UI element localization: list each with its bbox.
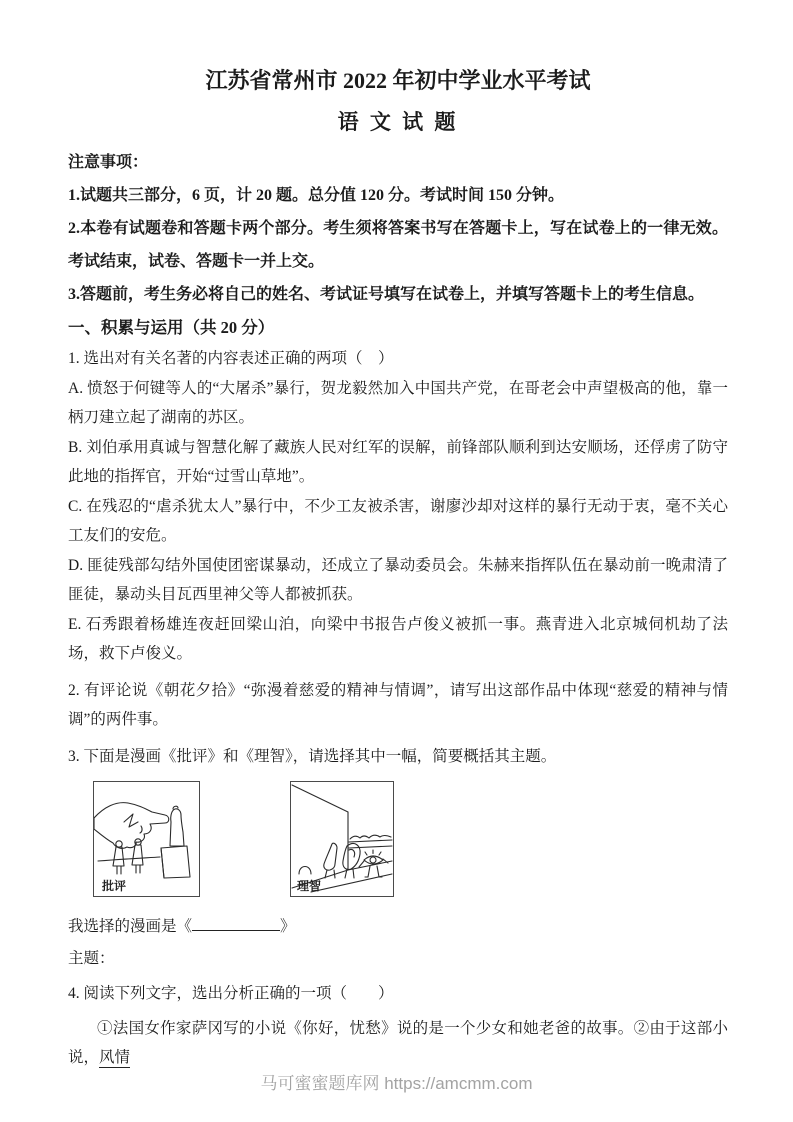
question-1-option-c: C. 在残忍的“虐杀犹太人”暴行中，不少工友被杀害，谢廖沙却对这样的暴行无动于衷… bbox=[68, 492, 728, 551]
comic-criticism-drawing: 批评 bbox=[94, 782, 199, 896]
page-content: 江苏省常州市 2022 年初中学业水平考试 语 文 试 题 注意事项： 1.试题… bbox=[0, 0, 793, 1073]
passage-underlined-term: 风情 bbox=[99, 1049, 130, 1068]
comic-choice-line: 我选择的漫画是《》 bbox=[68, 912, 728, 942]
question-1-option-b: B. 刘伯承用真诚与智慧化解了藏族人民对红军的误解，前锋部队顺利到达安顺场，还俘… bbox=[68, 433, 728, 492]
watermark-footer: 马可蜜蜜题库网 https://amcmm.com bbox=[0, 1069, 793, 1094]
notice-item-2: 2.本卷有试题卷和答题卡两个部分。考生须将答案书写在答题卡上，写在试卷上的一律无… bbox=[68, 212, 728, 278]
question-4-stem: 4. 阅读下列文字，选出分析正确的一项（ ） bbox=[68, 979, 728, 1009]
section-heading: 一、积累与运用（共 20 分） bbox=[68, 311, 728, 344]
comic-choice-blank bbox=[192, 915, 280, 931]
page-subtitle: 语 文 试 题 bbox=[68, 107, 728, 137]
topic-label: 主题： bbox=[68, 944, 728, 974]
comic-criticism-label: 批评 bbox=[102, 878, 126, 893]
question-1-stem: 1. 选出对有关名著的内容表述正确的两项（ ） bbox=[68, 344, 728, 374]
question-2-text: 2. 有评论说《朝花夕拾》“弥漫着慈爱的精神与情调”，请写出这部作品中体现“慈爱… bbox=[68, 676, 728, 735]
passage-text: ①法国女作家萨冈写的小说《你好，忧愁》说的是一个少女和她老爸的故事。②由于这部小… bbox=[68, 1020, 728, 1067]
notice-item-1: 1.试题共三部分，6 页，计 20 题。总分值 120 分。考试时间 150 分… bbox=[68, 179, 728, 212]
comic-choice-suffix: 》 bbox=[280, 918, 296, 935]
notice-item-3: 3.答题前，考生务必将自己的姓名、考试证号填写在试卷上，并填写答题卡上的考生信息… bbox=[68, 278, 728, 311]
page-title: 江苏省常州市 2022 年初中学业水平考试 bbox=[68, 66, 728, 96]
question-1-option-d: D. 匪徒残部勾结外国使团密谋暴动，还成立了暴动委员会。朱赫来指挥队伍在暴动前一… bbox=[68, 551, 728, 610]
comic-criticism: 批评 bbox=[93, 781, 200, 897]
notices-heading: 注意事项： bbox=[68, 146, 728, 179]
question-4-passage: ①法国女作家萨冈写的小说《你好，忧愁》说的是一个少女和她老爸的故事。②由于这部小… bbox=[68, 1014, 728, 1073]
exam-paper-page: 江苏省常州市 2022 年初中学业水平考试 语 文 试 题 注意事项： 1.试题… bbox=[0, 0, 793, 1122]
comic-reason-label: 理智 bbox=[297, 878, 321, 893]
comic-choice-prefix: 我选择的漫画是《 bbox=[68, 918, 192, 935]
question-1-option-a: A. 愤怒于何键等人的“大屠杀”暴行，贺龙毅然加入中国共产党，在哥老会中声望极高… bbox=[68, 374, 728, 433]
comic-reason: 理智 bbox=[290, 781, 394, 897]
comics-row: 批评 bbox=[93, 781, 728, 897]
question-1-option-e: E. 石秀跟着杨雄连夜赶回梁山泊，向梁中书报告卢俊义被抓一事。燕青进入北京城伺机… bbox=[68, 610, 728, 669]
comic-reason-drawing: 理智 bbox=[291, 782, 393, 896]
question-3-stem: 3. 下面是漫画《批评》和《理智》，请选择其中一幅，简要概括其主题。 bbox=[68, 742, 728, 772]
